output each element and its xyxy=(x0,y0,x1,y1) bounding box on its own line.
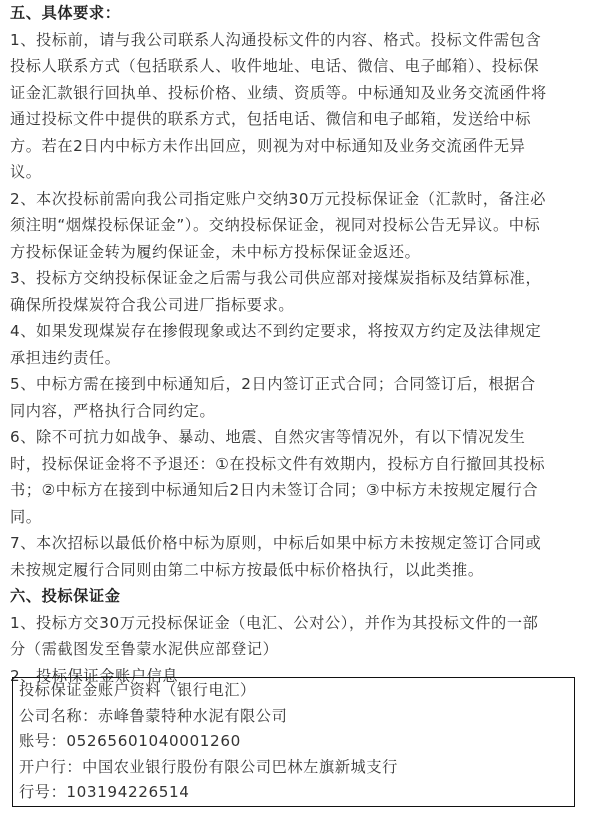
bank-account-info-box: 投标保证金账户资料（银行电汇） 公司名称：赤峰鲁蒙特种水泥有限公司 账号：052… xyxy=(12,677,575,807)
text-line: 1、投标前，请与我公司联系人沟通投标文件的内容、格式。投标文件需包含 xyxy=(10,27,583,54)
text-line: 3、投标方交纳投标保证金之后需与我公司供应部对接煤炭指标及结算标准， xyxy=(10,265,583,292)
company-name-row: 公司名称：赤峰鲁蒙特种水泥有限公司 xyxy=(19,704,574,730)
section-5-item-1: 1、投标前，请与我公司联系人沟通投标文件的内容、格式。投标文件需包含 投标人联系… xyxy=(10,27,583,186)
text-line: 议。 xyxy=(10,159,583,186)
account-number-value: 05265601040001260 xyxy=(66,732,240,750)
section-5-item-4: 4、如果发现煤炭存在掺假现象或达不到约定要求，将按双方约定及法律规定 承担违约责… xyxy=(10,318,583,371)
text-line: 通过投标文件中提供的联系方式，包括电话、微信和电子邮箱，发送给中标 xyxy=(10,106,583,133)
text-line: 须注明“烟煤投标保证金”）。交纳投标保证金，视同对投标公告无异议。中标 xyxy=(10,212,583,239)
text-line: 时，投标保证金将不予退还：①在投标文件有效期内，投标方自行撤回其投标 xyxy=(10,451,583,478)
text-line: 确保所投煤炭符合我公司进厂指标要求。 xyxy=(10,292,583,319)
section-5-item-5: 5、中标方需在接到中标通知后，2日内签订正式合同；合同签订后，根据合 同内容，严… xyxy=(10,371,583,424)
text-line: 4、如果发现煤炭存在掺假现象或达不到约定要求，将按双方约定及法律规定 xyxy=(10,318,583,345)
text-line: 未按规定履行合同则由第二中标方按最低中标价格执行，以此类推。 xyxy=(10,557,583,584)
section-6-heading: 六、投标保证金 xyxy=(10,583,583,610)
document-body: 五、具体要求： 1、投标前，请与我公司联系人沟通投标文件的内容、格式。投标文件需… xyxy=(0,0,591,689)
text-line: 1、投标方交30万元投标保证金（电汇、公对公），并作为其投标文件的一部 xyxy=(10,610,583,637)
account-box-title: 投标保证金账户资料（银行电汇） xyxy=(19,678,574,704)
text-line: 2、本次投标前需向我公司指定账户交纳30万元投标保证金（汇款时，备注必 xyxy=(10,186,583,213)
text-line: 7、本次招标以最低价格中标为原则，中标后如果中标方未按规定签订合同或 xyxy=(10,530,583,557)
text-line: 证金汇款银行回执单、投标价格、业绩、资质等。中标通知及业务交流函件将 xyxy=(10,80,583,107)
company-name-label: 公司名称： xyxy=(19,707,98,725)
bank-name-label: 开户行： xyxy=(19,758,82,776)
section-5-item-7: 7、本次招标以最低价格中标为原则，中标后如果中标方未按规定签订合同或 未按规定履… xyxy=(10,530,583,583)
text-line: 分（需截图发至鲁蒙水泥供应部登记） xyxy=(10,636,583,663)
text-line: 方投标保证金转为履约保证金，未中标方投标保证金返还。 xyxy=(10,239,583,266)
bank-name-value: 中国农业银行股份有限公司巴林左旗新城支行 xyxy=(82,758,398,776)
section-5-item-6: 6、除不可抗力如战争、暴动、地震、自然灾害等情况外，有以下情况发生 时，投标保证… xyxy=(10,424,583,530)
account-number-row: 账号：05265601040001260 xyxy=(19,729,574,755)
text-line: 6、除不可抗力如战争、暴动、地震、自然灾害等情况外，有以下情况发生 xyxy=(10,424,583,451)
text-line: 5、中标方需在接到中标通知后，2日内签订正式合同；合同签订后，根据合 xyxy=(10,371,583,398)
company-name-value: 赤峰鲁蒙特种水泥有限公司 xyxy=(98,707,287,725)
text-line: 方。若在2日内中标方未作出回应，则视为对中标通知及业务交流函件无异 xyxy=(10,133,583,160)
text-line: 同内容，严格执行合同约定。 xyxy=(10,398,583,425)
account-number-label: 账号： xyxy=(19,732,66,750)
text-line: 投标人联系方式（包括联系人、收件地址、电话、微信、电子邮箱）、投标保 xyxy=(10,53,583,80)
bank-code-row: 行号：103194226514 xyxy=(19,780,574,806)
text-line: 同。 xyxy=(10,504,583,531)
bank-name-row: 开户行：中国农业银行股份有限公司巴林左旗新城支行 xyxy=(19,755,574,781)
section-5-heading: 五、具体要求： xyxy=(10,0,583,27)
section-5-item-3: 3、投标方交纳投标保证金之后需与我公司供应部对接煤炭指标及结算标准， 确保所投煤… xyxy=(10,265,583,318)
bank-code-label: 行号： xyxy=(19,783,66,801)
text-line: 承担违约责任。 xyxy=(10,345,583,372)
text-line: 书；②中标方在接到中标通知后2日内未签订合同；③中标方未按规定履行合 xyxy=(10,477,583,504)
section-6-item-1: 1、投标方交30万元投标保证金（电汇、公对公），并作为其投标文件的一部 分（需截… xyxy=(10,610,583,663)
section-5-item-2: 2、本次投标前需向我公司指定账户交纳30万元投标保证金（汇款时，备注必 须注明“… xyxy=(10,186,583,266)
bank-code-value: 103194226514 xyxy=(66,783,189,801)
